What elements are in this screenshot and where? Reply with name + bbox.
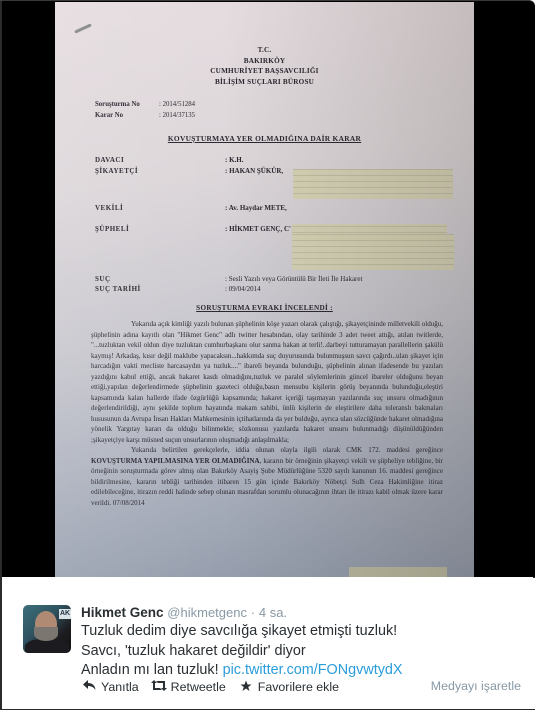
reply-icon [81,680,97,694]
meta-label: Soruşturma No [95,100,159,111]
tweet-actions: Yanıtla Retweetle Favorilere ekle Medyay… [81,679,521,695]
party-value: : HİKMET GENÇ, C' [225,225,291,233]
reply-button[interactable]: Yanıtla [81,680,139,694]
paragraph-decision: Yukarıda belirtilen gerekçelerle, iddia … [91,445,443,508]
document-header: T.C. BAKIRKÖY CUMHURİYET BAŞSAVCILIĞI Bİ… [55,45,474,87]
reply-label: Yanıtla [101,680,139,694]
redaction-tape [349,567,447,577]
party-value: : K.H. [225,156,243,164]
avatar[interactable]: AK [23,605,71,653]
party-label: SUÇ [95,275,225,283]
header-line: T.C. [55,45,474,56]
favorite-button[interactable]: Favorilere ekle [238,680,339,695]
document-body: Yukarıda açık kimliği yazılı bulunan şüp… [91,319,443,508]
document-title: KOVUŞTURMAYA YER OLMADIĞINA DAİR KARAR [55,134,474,143]
retweet-button[interactable]: Retweetle [151,680,226,694]
party-label: ŞÜPHELİ [95,225,225,233]
party-label: SUÇ TARİHİ [95,285,225,293]
tweet-text: Tuzluk dedim diye savcılığa şikayet etmi… [81,622,521,681]
star-icon [238,680,254,695]
tweet-text-line: Anladın mı lan tuzluk! pic.twitter.com/F… [81,661,521,681]
document-meta: Soruşturma No: 2014/51284 Karar No: 2014… [95,100,195,121]
party-label: DAVACI [95,156,225,164]
tweet: AK Hikmet Genc @hikmetgenc · 4 sa. Tuzlu… [2,578,535,709]
court-document: T.C. BAKIRKÖY CUMHURİYET BAŞSAVCILIĞI Bİ… [55,2,474,577]
tweet-text-line: Tuzluk dedim diye savcılığa şikayet etmi… [81,622,521,642]
meta-value: : 2014/51284 [159,100,195,111]
tweet-header: Hikmet Genc @hikmetgenc · 4 sa. [81,605,521,621]
favorite-label: Favorilere ekle [258,680,339,694]
section-title: SORUŞTURMA EVRAKI İNCELENDİ : [55,304,474,312]
party-label: VEKİLİ [95,204,225,212]
party-value: : 09/04/2014 [225,285,261,293]
party-value: : Av. Haydar METE, [225,204,287,212]
timestamp[interactable]: 4 sa. [259,605,287,620]
background-sign: AK [59,609,71,619]
redaction-tape [293,169,453,199]
paragraph-findings: Yukarıda açık kimliği yazılı bulunan şüp… [91,319,443,445]
decision-text: Yukarıda belirtilen gerekçelerle, iddia … [131,446,443,454]
header-line: CUMHURİYET BAŞSAVCILIĞI [55,66,474,77]
party-value: : Sesli Yazılı veya Görüntülü Bir İleti … [225,275,362,283]
party-label: ŞİKAYETÇİ [95,167,225,175]
meta-value: : 2014/37135 [159,111,195,122]
tweet-media[interactable]: T.C. BAKIRKÖY CUMHURİYET BAŞSAVCILIĞI Bİ… [2,1,535,577]
media-link[interactable]: pic.twitter.com/FONgvwtydX [223,662,403,678]
tweet-text-line: Savcı, 'tuzluk hakaret değildir' diyor [81,642,521,662]
separator: · [251,605,255,620]
retweet-icon [151,680,167,694]
avatar-body [25,639,69,653]
retweet-label: Retweetle [171,680,226,694]
flag-media-link[interactable]: Medyayı işaretle [431,679,521,693]
document-photo[interactable]: T.C. BAKIRKÖY CUMHURİYET BAŞSAVCILIĞI Bİ… [55,2,474,577]
party-value: : HAKAN ŞÜKÜR, [225,167,283,175]
tweet-content: Hikmet Genc @hikmetgenc · 4 sa. Tuzluk d… [81,605,521,681]
avatar-beard [34,627,58,641]
tweet-card: T.C. BAKIRKÖY CUMHURİYET BAŞSAVCILIĞI Bİ… [0,0,535,710]
redaction-tape [292,234,454,270]
header-line: BAKIRKÖY [55,56,474,67]
author-handle[interactable]: @hikmetgenc [167,605,247,620]
tweet-text-segment: Anladın mı lan tuzluk! [81,662,223,678]
author-name[interactable]: Hikmet Genc [81,605,164,620]
decision-bold: KOVUŞTURMA YAPILMASINA YER OLMADIĞINA [91,457,260,465]
header-line: BİLİŞİM SUÇLARI BÜROSU [55,77,474,88]
meta-label: Karar No [95,111,159,122]
